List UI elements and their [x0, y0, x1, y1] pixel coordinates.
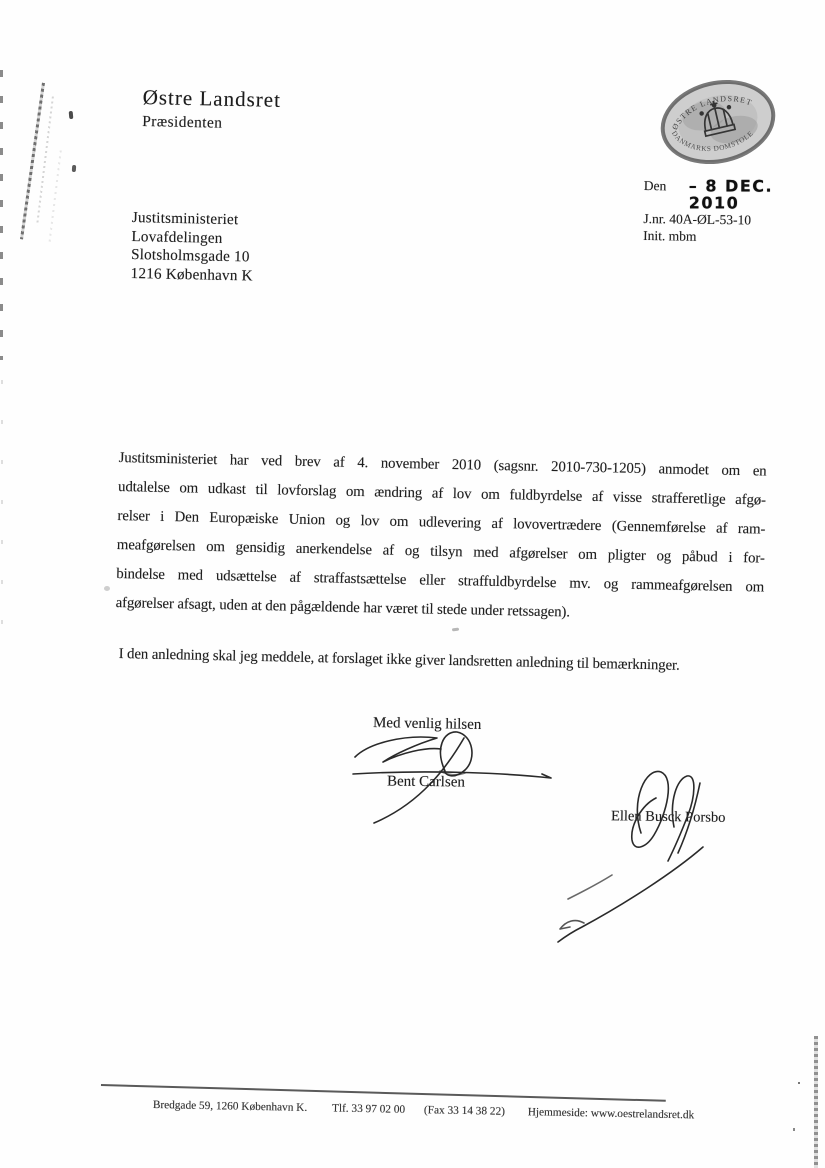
scan-artifact-left-edge — [1, 380, 3, 640]
initials: Init. mbm — [643, 227, 824, 247]
address-line: 1216 København K — [130, 265, 253, 286]
scan-artifact-speck — [72, 165, 76, 172]
body-line: I den anledning skal jeg meddele, at for… — [118, 640, 766, 683]
letterhead-department: Præsidenten — [142, 113, 281, 134]
scanned-letter-page: Østre Landsret Præsidenten ØSTRE LANDSRE… — [0, 0, 825, 1168]
scan-artifact-speck — [793, 1128, 795, 1131]
recipient-address: Justitsministeriet Lovafdelingen Slotsho… — [130, 209, 254, 286]
address-line: Justitsministeriet — [132, 209, 255, 230]
signer-name-bent-carlsen: Bent Carlsen — [387, 773, 465, 791]
date-stamp: – 8 DEC. 2010 — [688, 177, 825, 211]
court-seal: ØSTRE LANDSRET DANMARKS DOMSTOLE — [656, 77, 780, 167]
court-name: Østre Landsret — [142, 85, 281, 113]
date-label: Den — [644, 177, 667, 194]
scan-artifact-speck — [798, 1082, 800, 1084]
footer-website: Hjemmeside: www.oestrelandsret.dk — [528, 1106, 695, 1121]
footer: Bredgade 59, 1260 København K. Tlf. 33 9… — [153, 1099, 695, 1121]
scan-artifact-left-edge — [0, 70, 3, 360]
footer-fax: (Fax 33 14 38 22) — [424, 1104, 505, 1118]
footer-address: Bredgade 59, 1260 København K. — [153, 1099, 308, 1114]
address-line: Slotsholmsgade 10 — [131, 246, 254, 267]
scan-artifact-speck — [104, 586, 110, 591]
scan-artifact-speck — [452, 628, 459, 631]
letter-meta: Den – 8 DEC. 2010 J.nr. 40A-ØL-53-10 Ini… — [643, 176, 825, 247]
scan-artifact-streak — [20, 83, 44, 240]
scan-artifact-streak — [48, 150, 62, 245]
bent-carlsen-signature — [325, 697, 570, 842]
letterhead: Østre Landsret Præsidenten — [142, 85, 281, 134]
footer-phone: Tlf. 33 97 02 00 — [332, 1102, 405, 1115]
scan-artifact-speck — [69, 111, 74, 119]
scan-artifact-right-edge — [814, 1036, 818, 1168]
body-paragraph-2: I den anledning skal jeg meddele, at for… — [118, 640, 766, 683]
ellen-busck-porsbo-signature — [548, 755, 758, 945]
address-line: Lovafdelingen — [131, 228, 254, 249]
body-paragraph-1: Justitsministeriet har ved brev af 4. no… — [115, 444, 767, 632]
